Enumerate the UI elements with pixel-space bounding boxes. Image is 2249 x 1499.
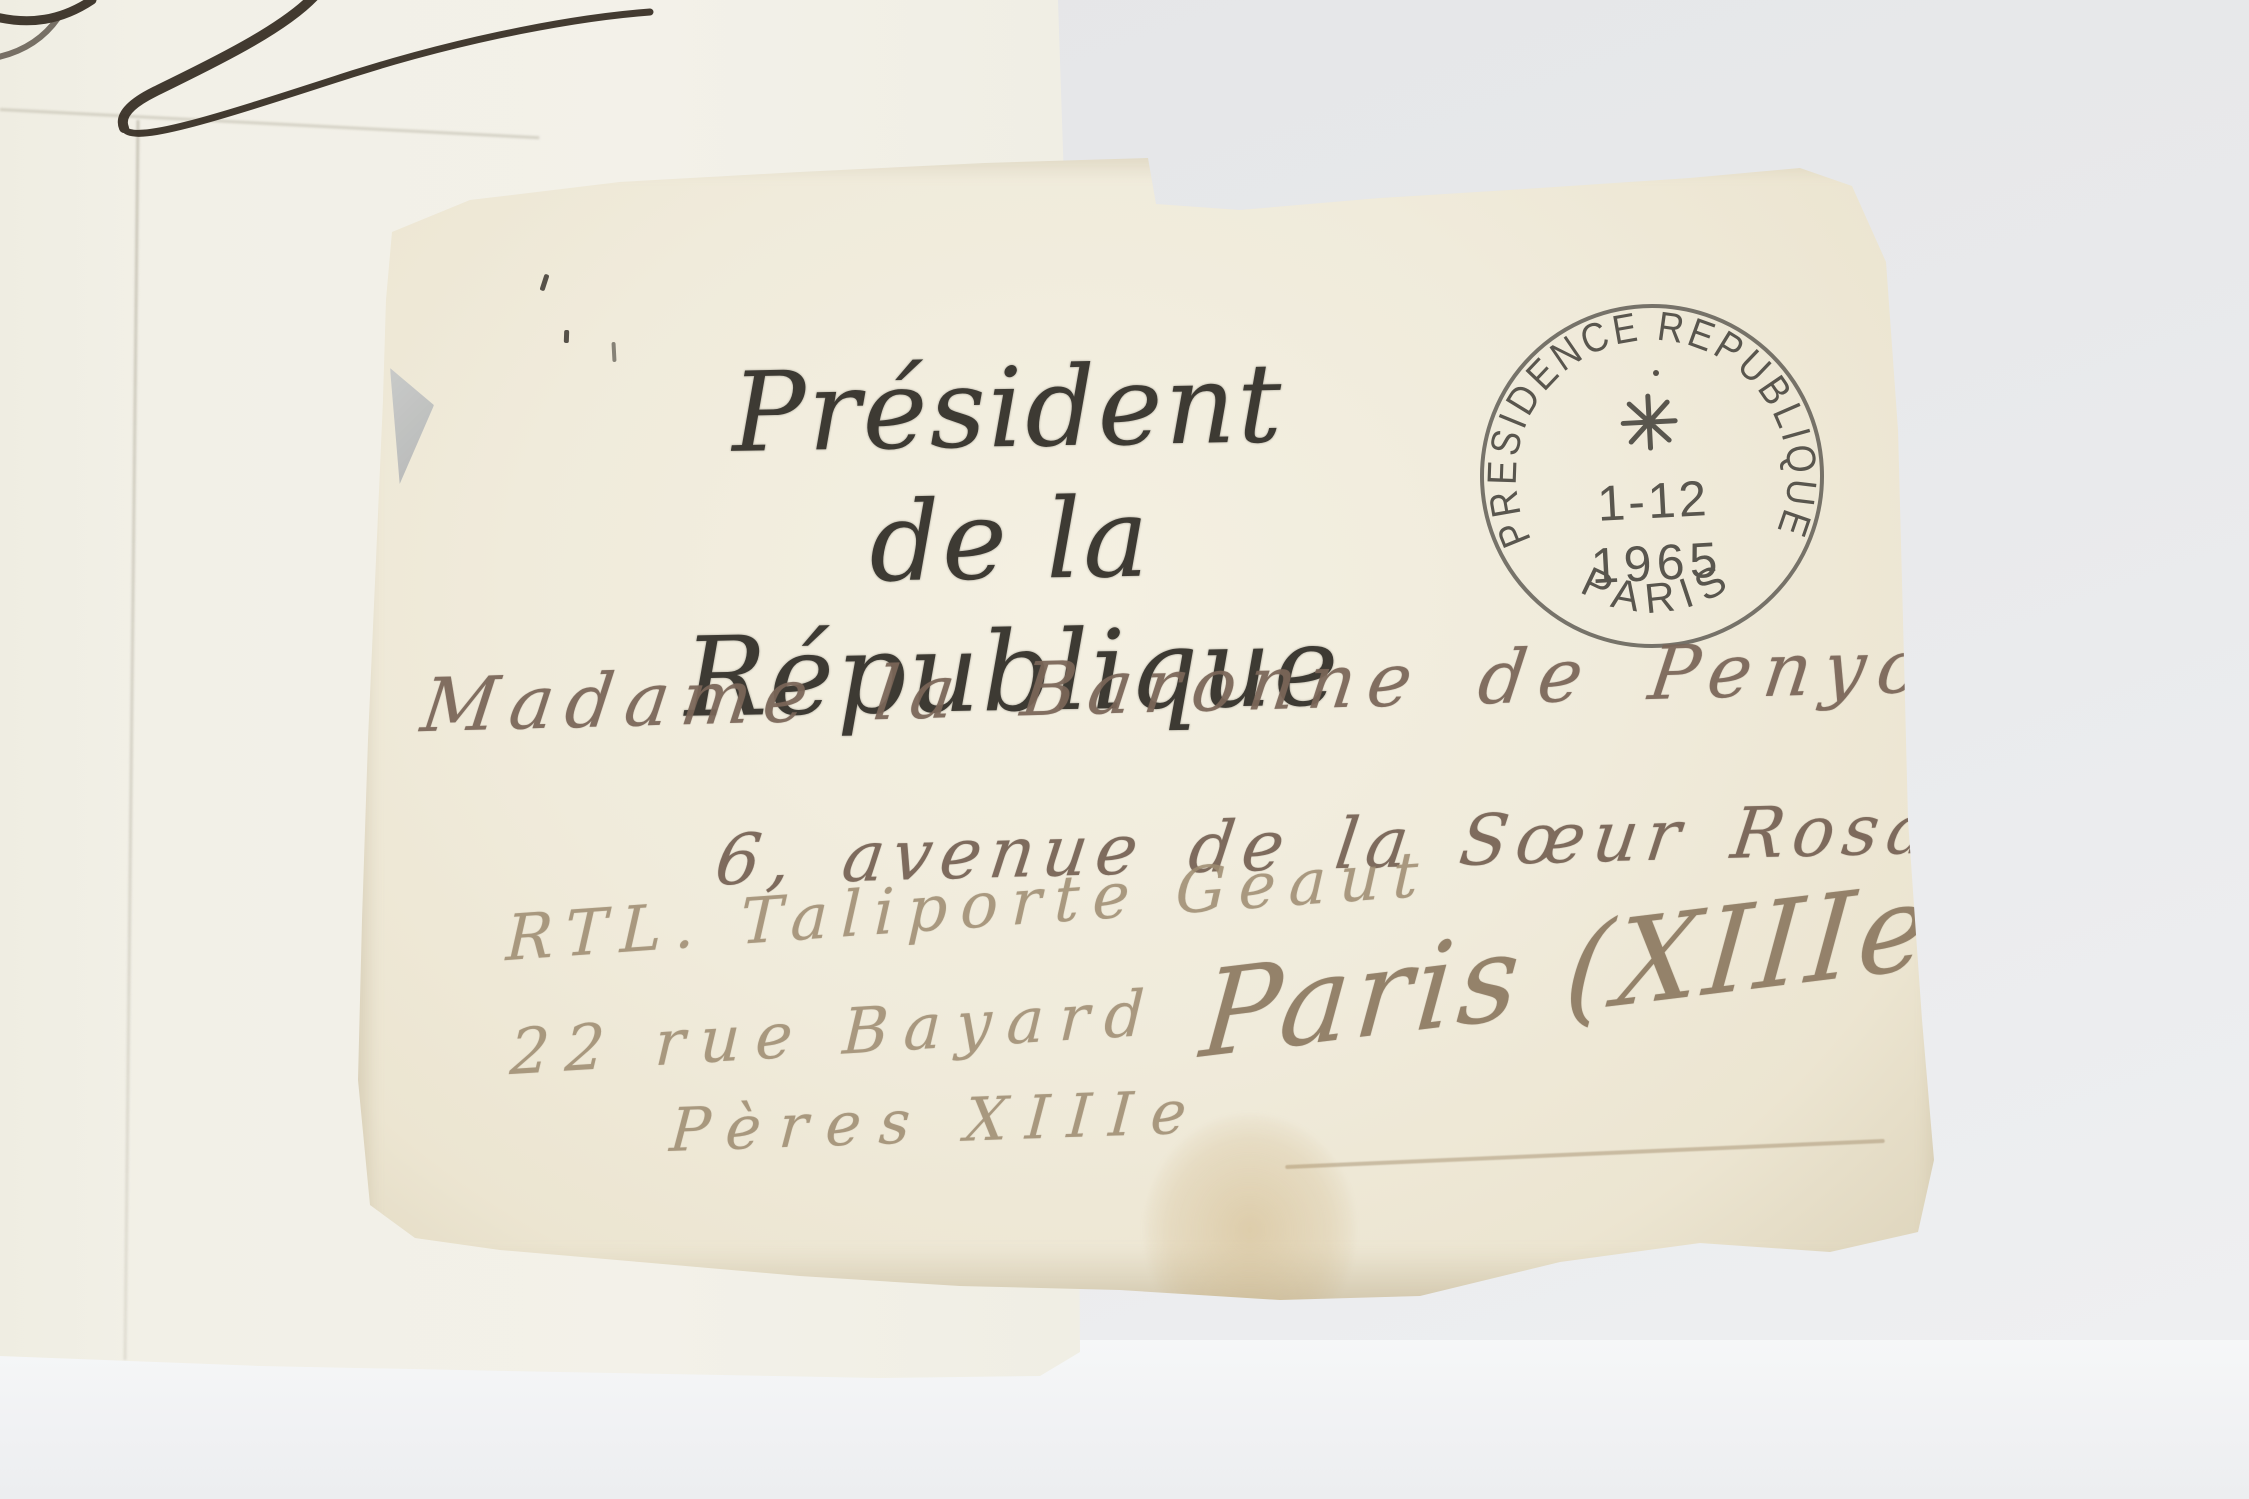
postmark-asterisk-icon (1622, 395, 1677, 450)
paper-stain (1145, 1115, 1355, 1345)
ink-speck (611, 342, 616, 362)
paper-scrap (390, 368, 434, 484)
signature-flourish (0, 0, 700, 180)
photo-of-envelope: Président de la République PRESIDENCE RE… (0, 0, 2249, 1499)
ink-speck (564, 330, 569, 343)
city-underline (1285, 1139, 1885, 1169)
forwarding-line2: 22 rue Bayard (508, 976, 1161, 1089)
ink-speck (1653, 370, 1659, 376)
heading-line1: Président (577, 335, 1439, 482)
forwarding-line3: Pères XIIIe (668, 1077, 1207, 1166)
ink-speck (539, 274, 549, 292)
postmark: PRESIDENCE REPUBLIQUE PARIS 1-12 1965 (1472, 296, 1832, 656)
postmark-day-month: 1-12 (1596, 470, 1711, 532)
deckled-edge-right (1920, 150, 1950, 1320)
postmark-year: 1965 (1590, 531, 1724, 594)
envelope: Président de la République PRESIDENCE RE… (350, 150, 1950, 1320)
letter-fold-crease-vertical (124, 120, 140, 1360)
